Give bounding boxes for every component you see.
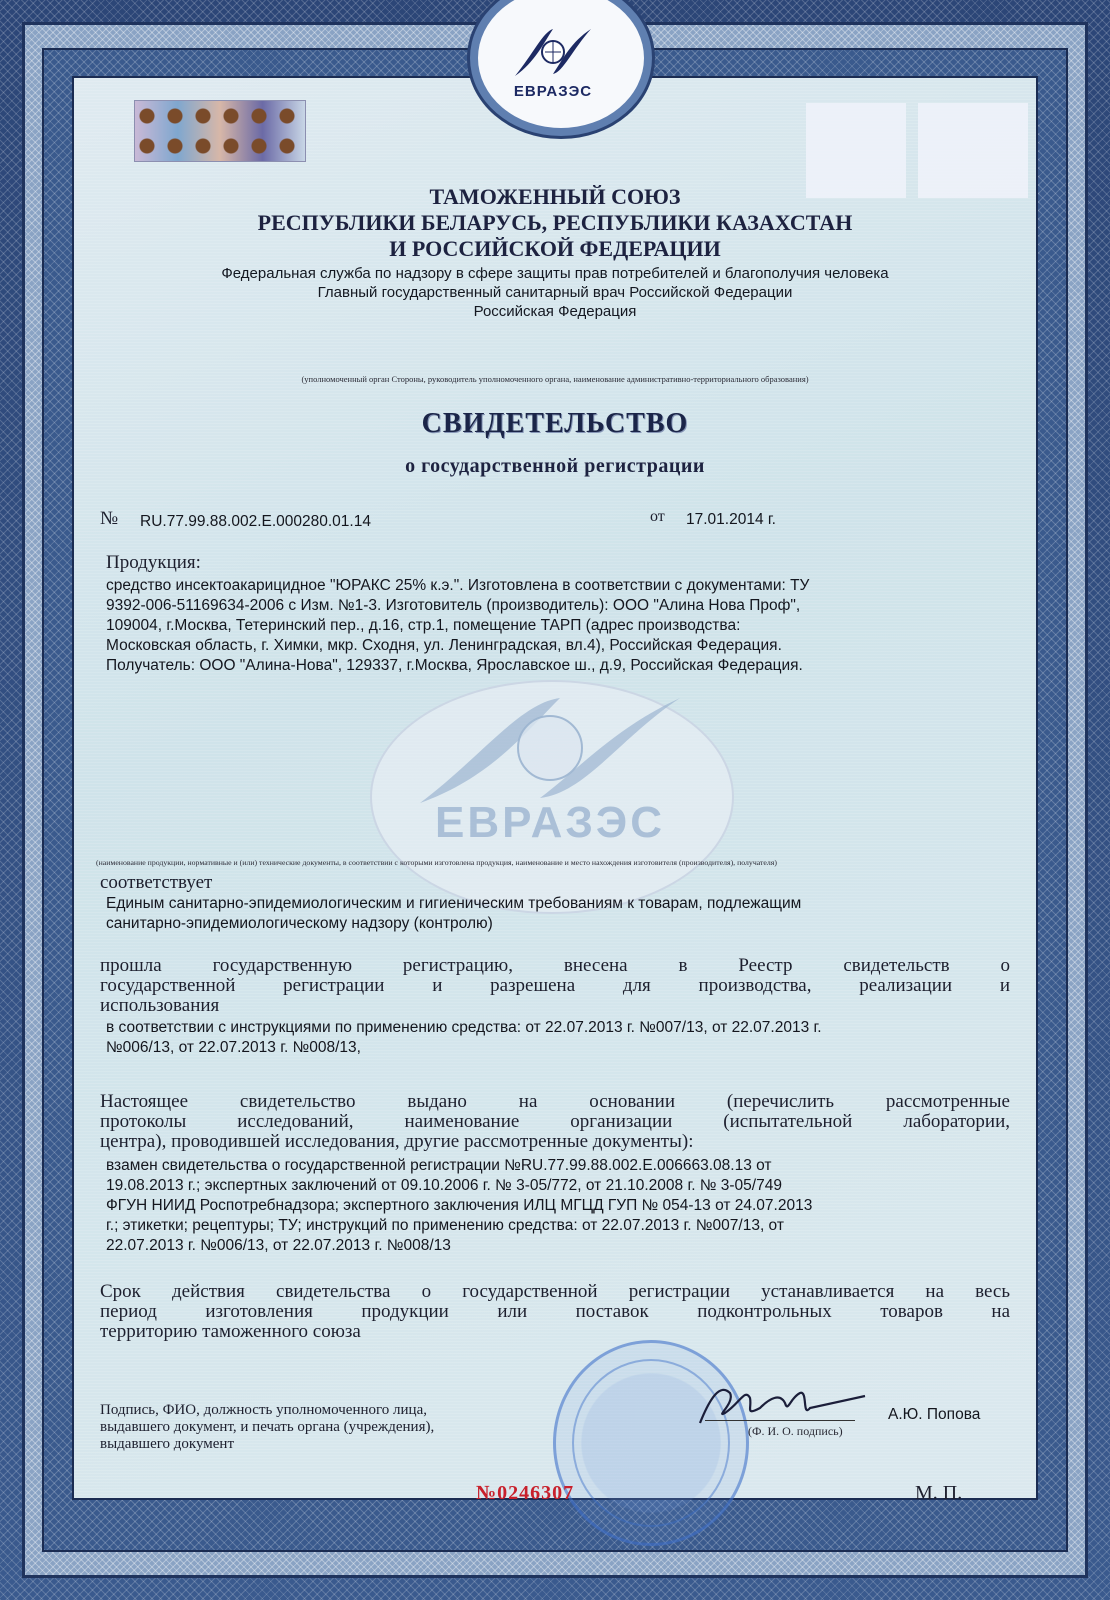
signature-line <box>705 1420 855 1421</box>
validity-line: Срок действия свидетельства о государств… <box>100 1282 1010 1302</box>
agency-line: Федеральная служба по надзору в сфере за… <box>72 264 1038 283</box>
eurasec-logo-icon <box>513 24 593 79</box>
registration-line: государственной регистрации и разрешена … <box>100 976 1010 996</box>
validity-statement: Срок действия свидетельства о государств… <box>100 1282 1010 1342</box>
watermark-text: ЕВРАЗЭС <box>370 798 730 848</box>
document-subtitle: о государственной регистрации <box>72 455 1038 478</box>
signature-label: Подпись, ФИО, должность уполномоченного … <box>100 1402 434 1453</box>
registration-instructions: в соответствии с инструкциями по примене… <box>106 1018 1016 1058</box>
basis-detail-line: 19.08.2013 г.; экспертных заключений от … <box>106 1176 1016 1196</box>
compliance-line: Единым санитарно-эпидемиологическим и ги… <box>106 894 1006 914</box>
basis-detail-line: 22.07.2013 г. №006/13, от 22.07.2013 г. … <box>106 1236 1016 1256</box>
union-line: И РОССИЙСКОЙ ФЕДЕРАЦИИ <box>72 236 1038 262</box>
basis-line: протоколы исследований, наименование орг… <box>100 1112 1010 1132</box>
document-title: СВИДЕТЕЛЬСТВО <box>72 408 1038 440</box>
signature-label-line: Подпись, ФИО, должность уполномоченного … <box>100 1402 434 1419</box>
certificate-number: RU.77.99.88.002.E.000280.01.14 <box>140 512 371 532</box>
signature-caption: (Ф. И. О. подпись) <box>748 1424 843 1439</box>
compliance-requirements: Единым санитарно-эпидемиологическим и ги… <box>106 894 1006 934</box>
product-line: Получатель: ООО "Алина-Нова", 129337, г.… <box>106 656 1006 676</box>
eurasec-emblem: ЕВРАЗЭС <box>458 0 648 130</box>
authority-caption: (уполномоченный орган Стороны, руководит… <box>72 374 1038 384</box>
product-description: средство инсектоакарицидное "ЮРАКС 25% к… <box>106 576 1006 676</box>
date-label: от <box>650 508 665 526</box>
number-label: № <box>100 508 118 530</box>
basis-details: взамен свидетельства о государственной р… <box>106 1156 1016 1256</box>
seal-mark: М. П. <box>915 1482 962 1505</box>
product-line: 9392-006-51169634-2006 с Изм. №1-3. Изго… <box>106 596 1006 616</box>
product-caption: (наименование продукции, нормативные и (… <box>96 858 777 867</box>
basis-detail-line: ФГУН НИИД Роспотребнадзора; экспертного … <box>106 1196 1016 1216</box>
product-line: 109004, г.Москва, Тетеринский пер., д.16… <box>106 616 1006 636</box>
registration-statement: прошла государственную регистрацию, внес… <box>100 956 1010 1016</box>
hologram-sticker <box>134 100 306 162</box>
agency-line: Российская Федерация <box>72 302 1038 321</box>
basis-line: центра), проводившей исследования, други… <box>100 1132 1010 1152</box>
product-label: Продукция: <box>106 552 201 574</box>
form-serial-number: №0246307 <box>476 1482 574 1505</box>
product-line: Московская область, г. Химки, мкр. Сходн… <box>106 636 1006 656</box>
instructions-line: в соответствии с инструкциями по примене… <box>106 1018 1016 1038</box>
validity-line: территорию таможенного союза <box>100 1322 1010 1342</box>
basis-statement: Настоящее свидетельство выдано на основа… <box>100 1092 1010 1152</box>
compliance-label: соответствует <box>100 872 212 894</box>
instructions-line: №006/13, от 22.07.2013 г. №008/13, <box>106 1038 1016 1058</box>
basis-detail-line: г.; этикетки; рецептуры; ТУ; инструкций … <box>106 1216 1016 1236</box>
union-line: ТАМОЖЕННЫЙ СОЮЗ <box>72 184 1038 210</box>
registration-line: использования <box>100 996 1010 1016</box>
basis-detail-line: взамен свидетельства о государственной р… <box>106 1156 1016 1176</box>
basis-line: Настоящее свидетельство выдано на основа… <box>100 1092 1010 1112</box>
certificate-date: 17.01.2014 г. <box>686 510 776 530</box>
signature-label-line: выдавшего документ, и печать органа (учр… <box>100 1419 434 1436</box>
agency-line: Главный государственный санитарный врач … <box>72 283 1038 302</box>
watermark-logo-icon <box>410 688 690 808</box>
eurasec-watermark: ЕВРАЗЭС <box>370 680 730 880</box>
signature-label-line: выдавшего документ <box>100 1436 434 1453</box>
official-seal-stamp <box>553 1340 749 1546</box>
compliance-line: санитарно-эпидемиологическому надзору (к… <box>106 914 1006 934</box>
emblem-org-name: ЕВРАЗЭС <box>458 83 648 100</box>
agency-block: Федеральная служба по надзору в сфере за… <box>72 264 1038 321</box>
registration-line: прошла государственную регистрацию, внес… <box>100 956 1010 976</box>
validity-line: период изготовления продукции или постав… <box>100 1302 1010 1322</box>
product-line: средство инсектоакарицидное "ЮРАКС 25% к… <box>106 576 1006 596</box>
signer-name: А.Ю. Попова <box>888 1405 980 1425</box>
union-line: РЕСПУБЛИКИ БЕЛАРУСЬ, РЕСПУБЛИКИ КАЗАХСТА… <box>72 210 1038 236</box>
union-title: ТАМОЖЕННЫЙ СОЮЗ РЕСПУБЛИКИ БЕЛАРУСЬ, РЕС… <box>72 184 1038 262</box>
